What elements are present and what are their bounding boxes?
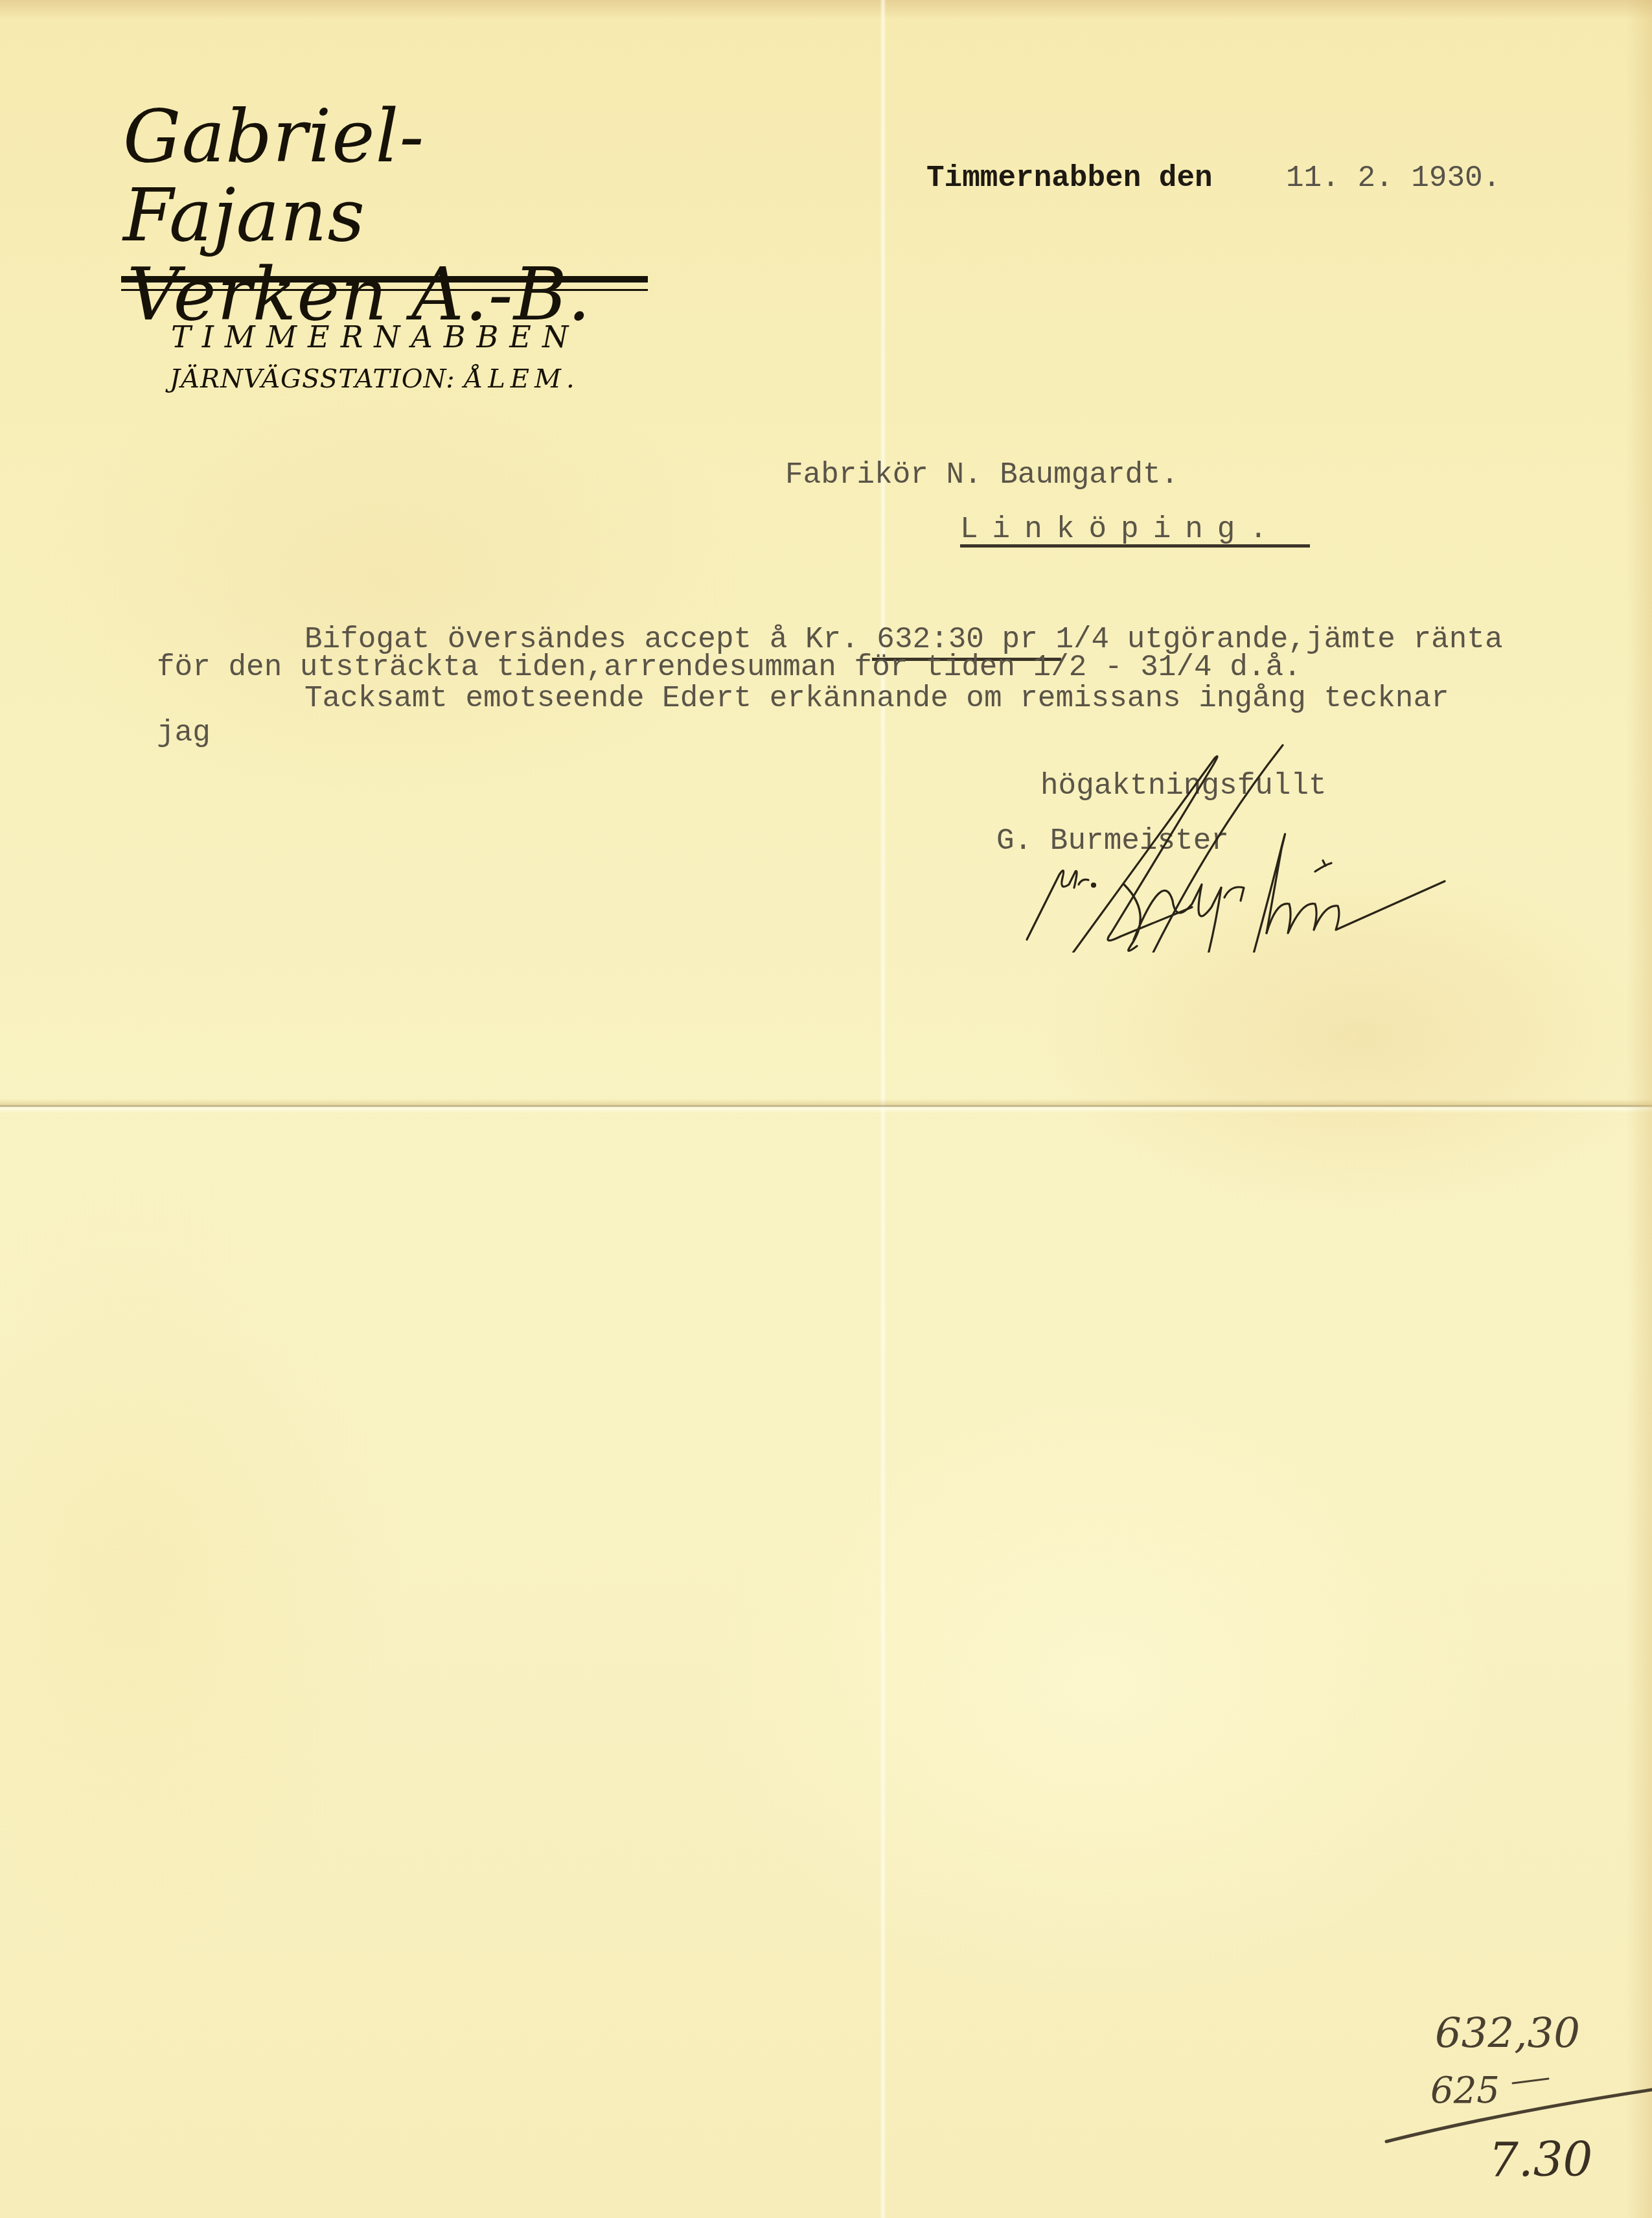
body-paragraph2-line1: Tacksamt emotseende Edert erkännande om … <box>304 682 1449 715</box>
letterhead-rule-thick <box>121 276 648 283</box>
pencil-result: 7.30 <box>1489 2132 1592 2187</box>
company-logo: Gabriel-Fajans Verken A.-B. <box>120 97 652 334</box>
body-paragraph1-line2: för den utsträckta tiden,arrendesumman f… <box>157 651 1302 684</box>
station-name: ÅLEM. <box>464 364 579 394</box>
station-label: JÄRNVÄGSSTATION: <box>170 364 455 394</box>
signature-icon <box>998 739 1464 953</box>
city-underline <box>960 544 1310 548</box>
letterhead-town: TIMMERNABBEN <box>171 319 579 355</box>
paper-edge-stain <box>0 0 1652 19</box>
dateline-date: 11. 2. 1930. <box>1286 162 1500 194</box>
letterhead-rule-thin <box>121 289 648 291</box>
recipient-city: Linköping. <box>960 513 1281 546</box>
company-name-line1: Gabriel-Fajans <box>120 97 652 255</box>
letterhead-station: JÄRNVÄGSSTATION: ÅLEM. <box>170 363 580 395</box>
pencil-line1: 632,30 <box>1435 2010 1580 2058</box>
body-paragraph2-line2: jag <box>157 717 211 749</box>
pencil-calculation: 632,30 625 7.30 <box>1373 1996 1652 2218</box>
recipient-name: Fabrikör N. Baumgardt. <box>785 459 1178 491</box>
pencil-line2: 625 <box>1430 2070 1500 2112</box>
dateline-place: Timmernabben den <box>926 162 1213 194</box>
horizontal-fold-line <box>0 1099 1652 1113</box>
paper-edge-stain <box>1626 0 1652 2218</box>
letter-page: Gabriel-Fajans Verken A.-B. TIMMERNABBEN… <box>0 0 1652 2218</box>
